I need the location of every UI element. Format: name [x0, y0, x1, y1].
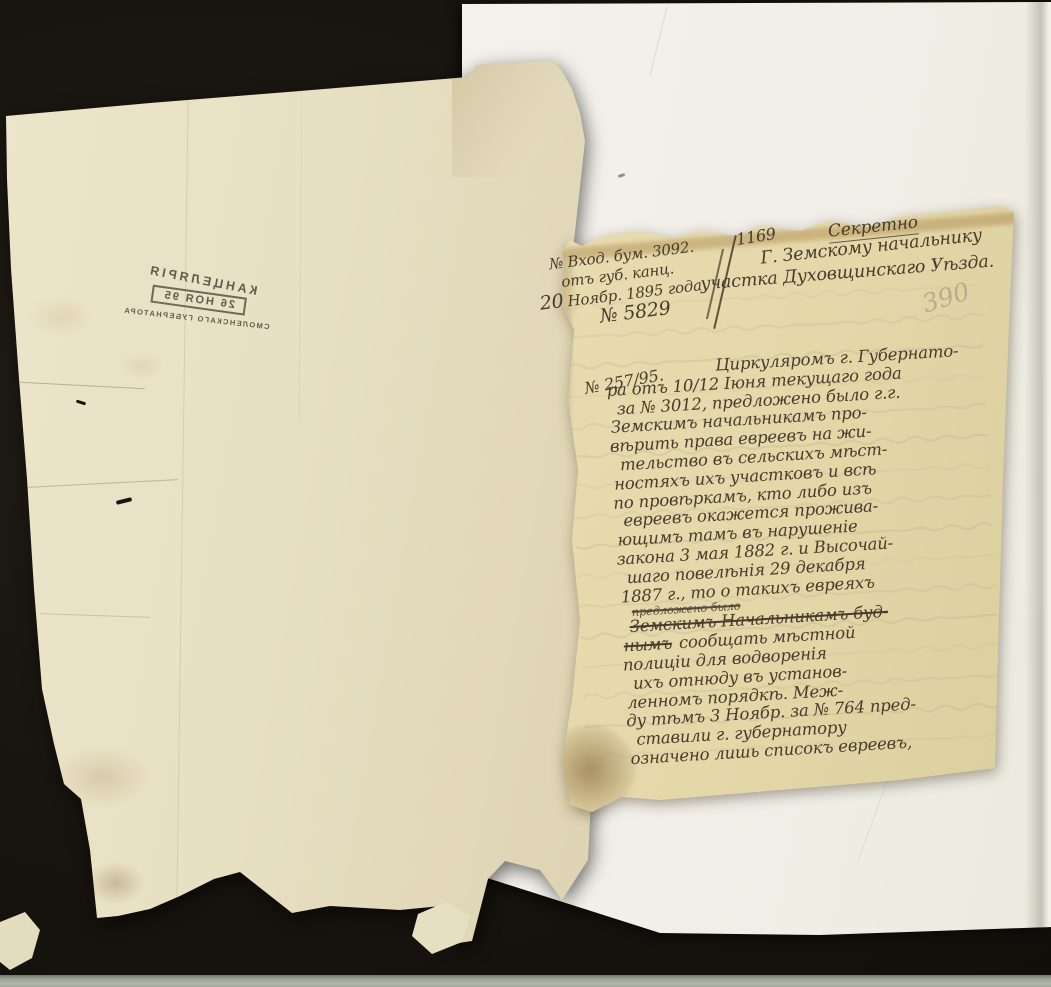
paper-stain [26, 295, 96, 339]
paper-tear-slit [116, 497, 132, 505]
left-page-paper: КАНЦЕЛЯРІЯ 26 НОЯ 95 СМОЛЕНСКАГО ГУБЕРНА… [0, 55, 600, 945]
ink-speck [618, 173, 626, 178]
paper-crack [40, 613, 150, 618]
scanner-bed-strip [0, 975, 1051, 987]
folded-corner [452, 59, 587, 177]
paper-crease [650, 7, 668, 75]
paper-stain [52, 745, 152, 809]
paper-crease [299, 91, 303, 421]
registration-day: 20 [539, 290, 565, 315]
archival-scan: КАНЦЕЛЯРІЯ 26 НОЯ 95 СМОЛЕНСКАГО ГУБЕРНА… [0, 0, 1051, 987]
paper-stain [86, 861, 146, 905]
paper-crack [20, 382, 145, 390]
paper-crease [176, 100, 188, 900]
left-blank-page: КАНЦЕЛЯРІЯ 26 НОЯ 95 СМОЛЕНСКАГО ГУБЕРНА… [0, 55, 600, 945]
paper-stain [118, 351, 164, 381]
paper-tear-slit [76, 400, 86, 406]
letter-body: Циркуляромъ г. Губернато-ра отъ 10/12 Ію… [607, 338, 1051, 769]
paper-crack [28, 479, 178, 488]
